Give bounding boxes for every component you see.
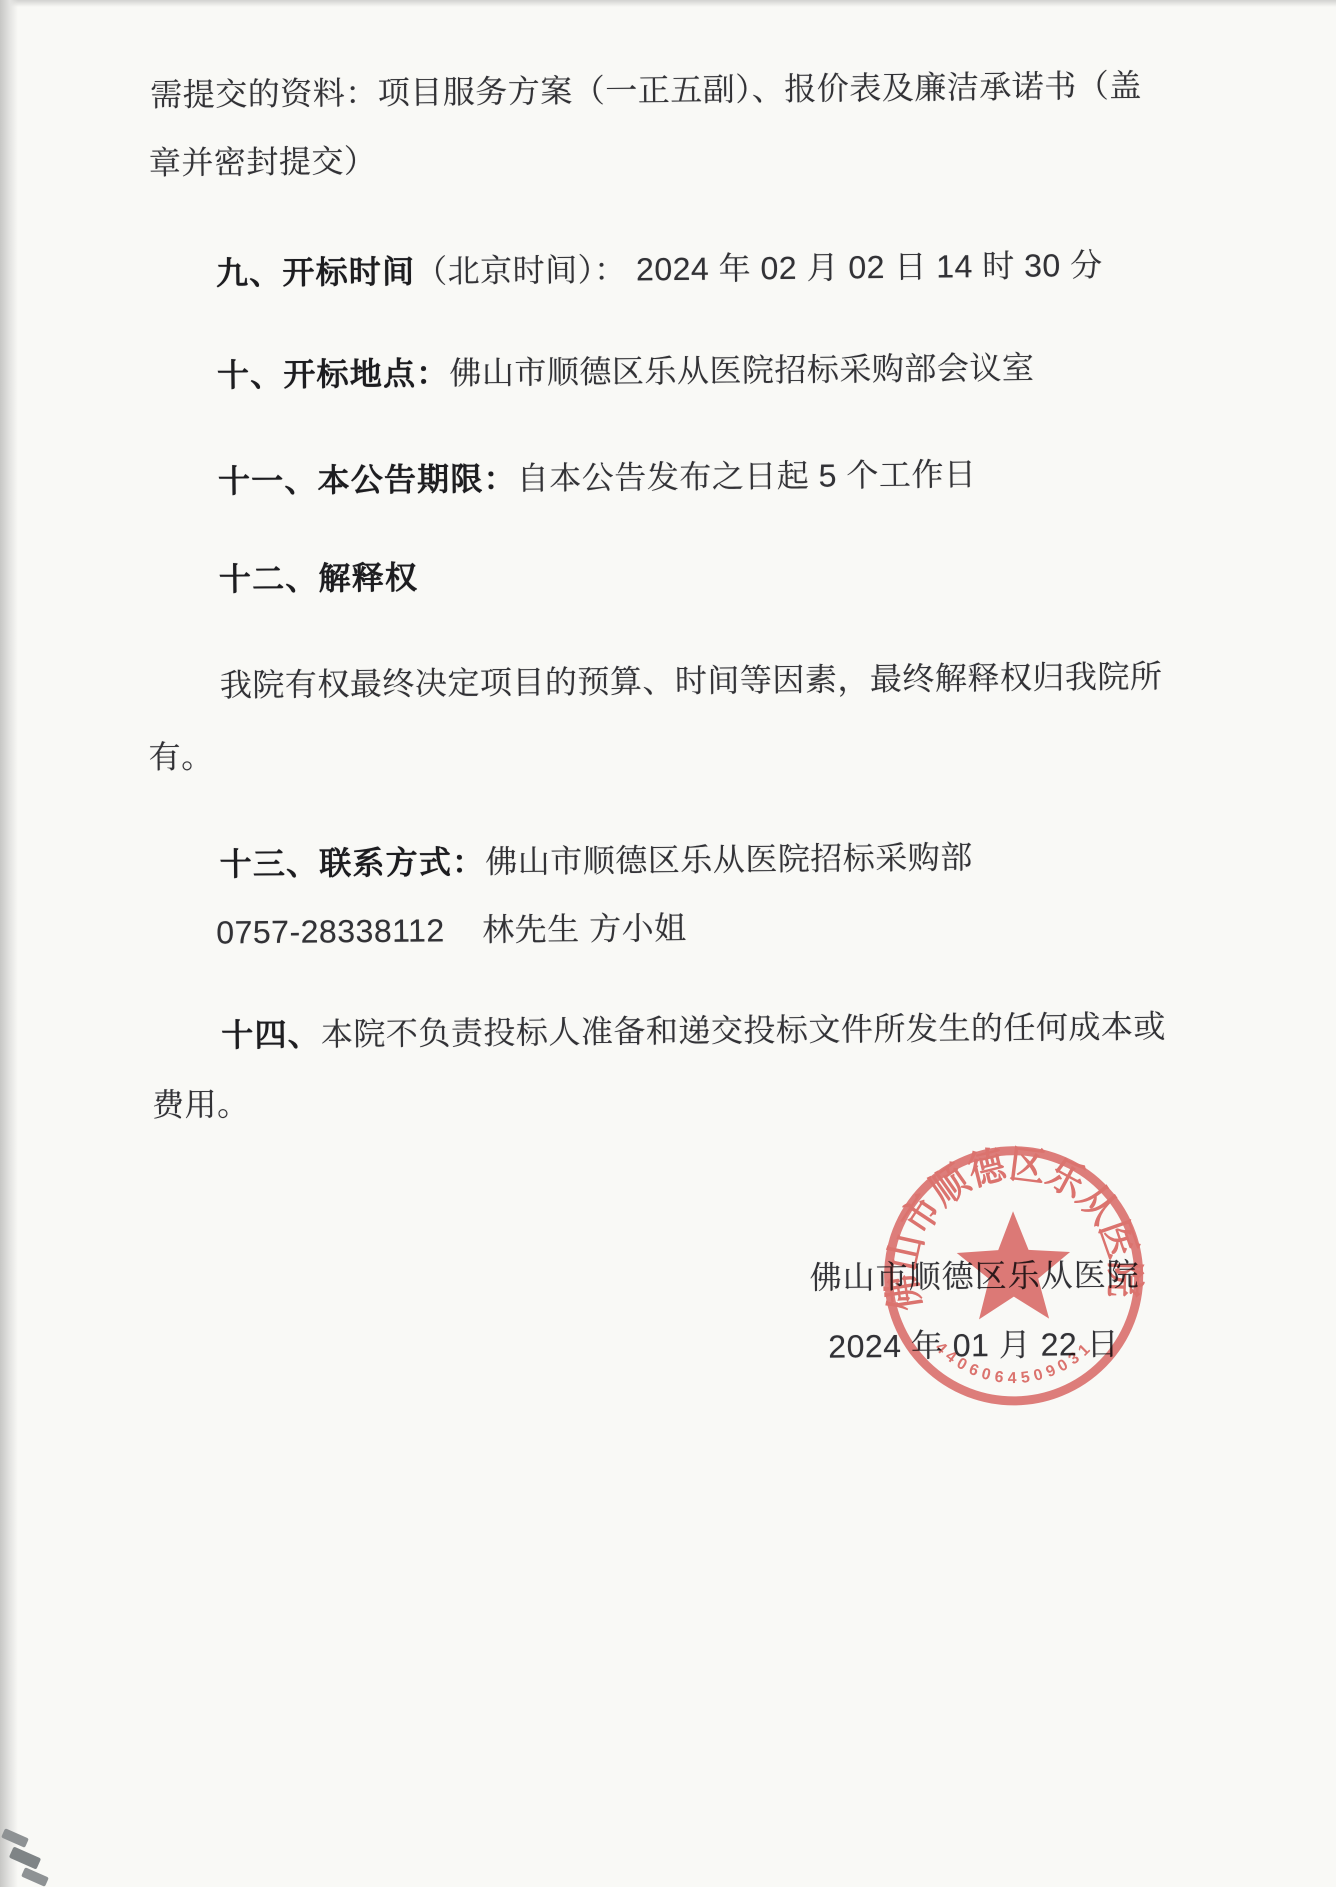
seal-star-icon [956,1211,1070,1320]
intro-line-1: 需提交的资料：项目服务方案（一正五副）、报价表及廉洁承诺书（盖 [150,66,1142,117]
seal-serial-textpath: 4406064509031 [932,1338,1098,1388]
intro-line-2: 章并密封提交） [149,141,377,185]
section-12-body-line-2: 有。 [148,736,213,778]
section-12-interpretation-heading: 十二、解释权 [219,558,419,602]
document-content: 需提交的资料：项目服务方案（一正五副）、报价表及廉洁承诺书（盖 章并密封提交） … [0,0,1336,1887]
section-9-value: （北京时间）： 2024 年 02 月 02 日 14 时 30 分 [415,247,1103,290]
section-13-contact: 十三、联系方式：佛山市顺德区乐从医院招标采购部 [219,837,972,886]
official-seal: 佛山市顺德区乐从医院 4406064509031 [878,1141,1149,1412]
section-9-label: 九、开标时间 [216,254,416,292]
seal-serial-text: 4406064509031 [932,1338,1098,1388]
section-14-costs: 十四、本院不负责投标人准备和递交投标文件所发生的任何成本或 [221,1006,1166,1057]
contact-phone-line: 0757-28338112 林先生 方小姐 [216,908,687,954]
section-13-label: 十三、联系方式： [219,844,485,883]
section-12-body-line-1: 我院有权最终决定项目的预算、时间等因素，最终解释权归我院所 [220,656,1163,707]
section-11-value: 自本公告发布之日起 5 个工作日 [517,456,977,496]
section-10-open-location: 十、开标地点：佛山市顺德区乐从医院招标采购部会议室 [217,348,1035,397]
section-11-notice-period: 十一、本公告期限：自本公告发布之日起 5 个工作日 [218,454,977,503]
section-12-label: 十二、解释权 [219,560,419,598]
section-13-value: 佛山市顺德区乐从医院招标采购部 [485,839,973,880]
section-10-value: 佛山市顺德区乐从医院招标采购部会议室 [449,350,1034,392]
section-10-label: 十、开标地点： [217,355,450,393]
scanned-document-page: 需提交的资料：项目服务方案（一正五副）、报价表及廉洁承诺书（盖 章并密封提交） … [0,0,1336,1887]
section-14-label: 十四、 [221,1016,321,1053]
section-14-line-2: 费用。 [152,1084,250,1127]
section-9-open-time: 九、开标时间（北京时间）： 2024 年 02 月 02 日 14 时 30 分 [216,245,1103,295]
section-14-value: 本院不负责投标人准备和递交投标文件所发生的任何成本或 [321,1008,1166,1052]
section-11-label: 十一、本公告期限： [218,461,517,500]
